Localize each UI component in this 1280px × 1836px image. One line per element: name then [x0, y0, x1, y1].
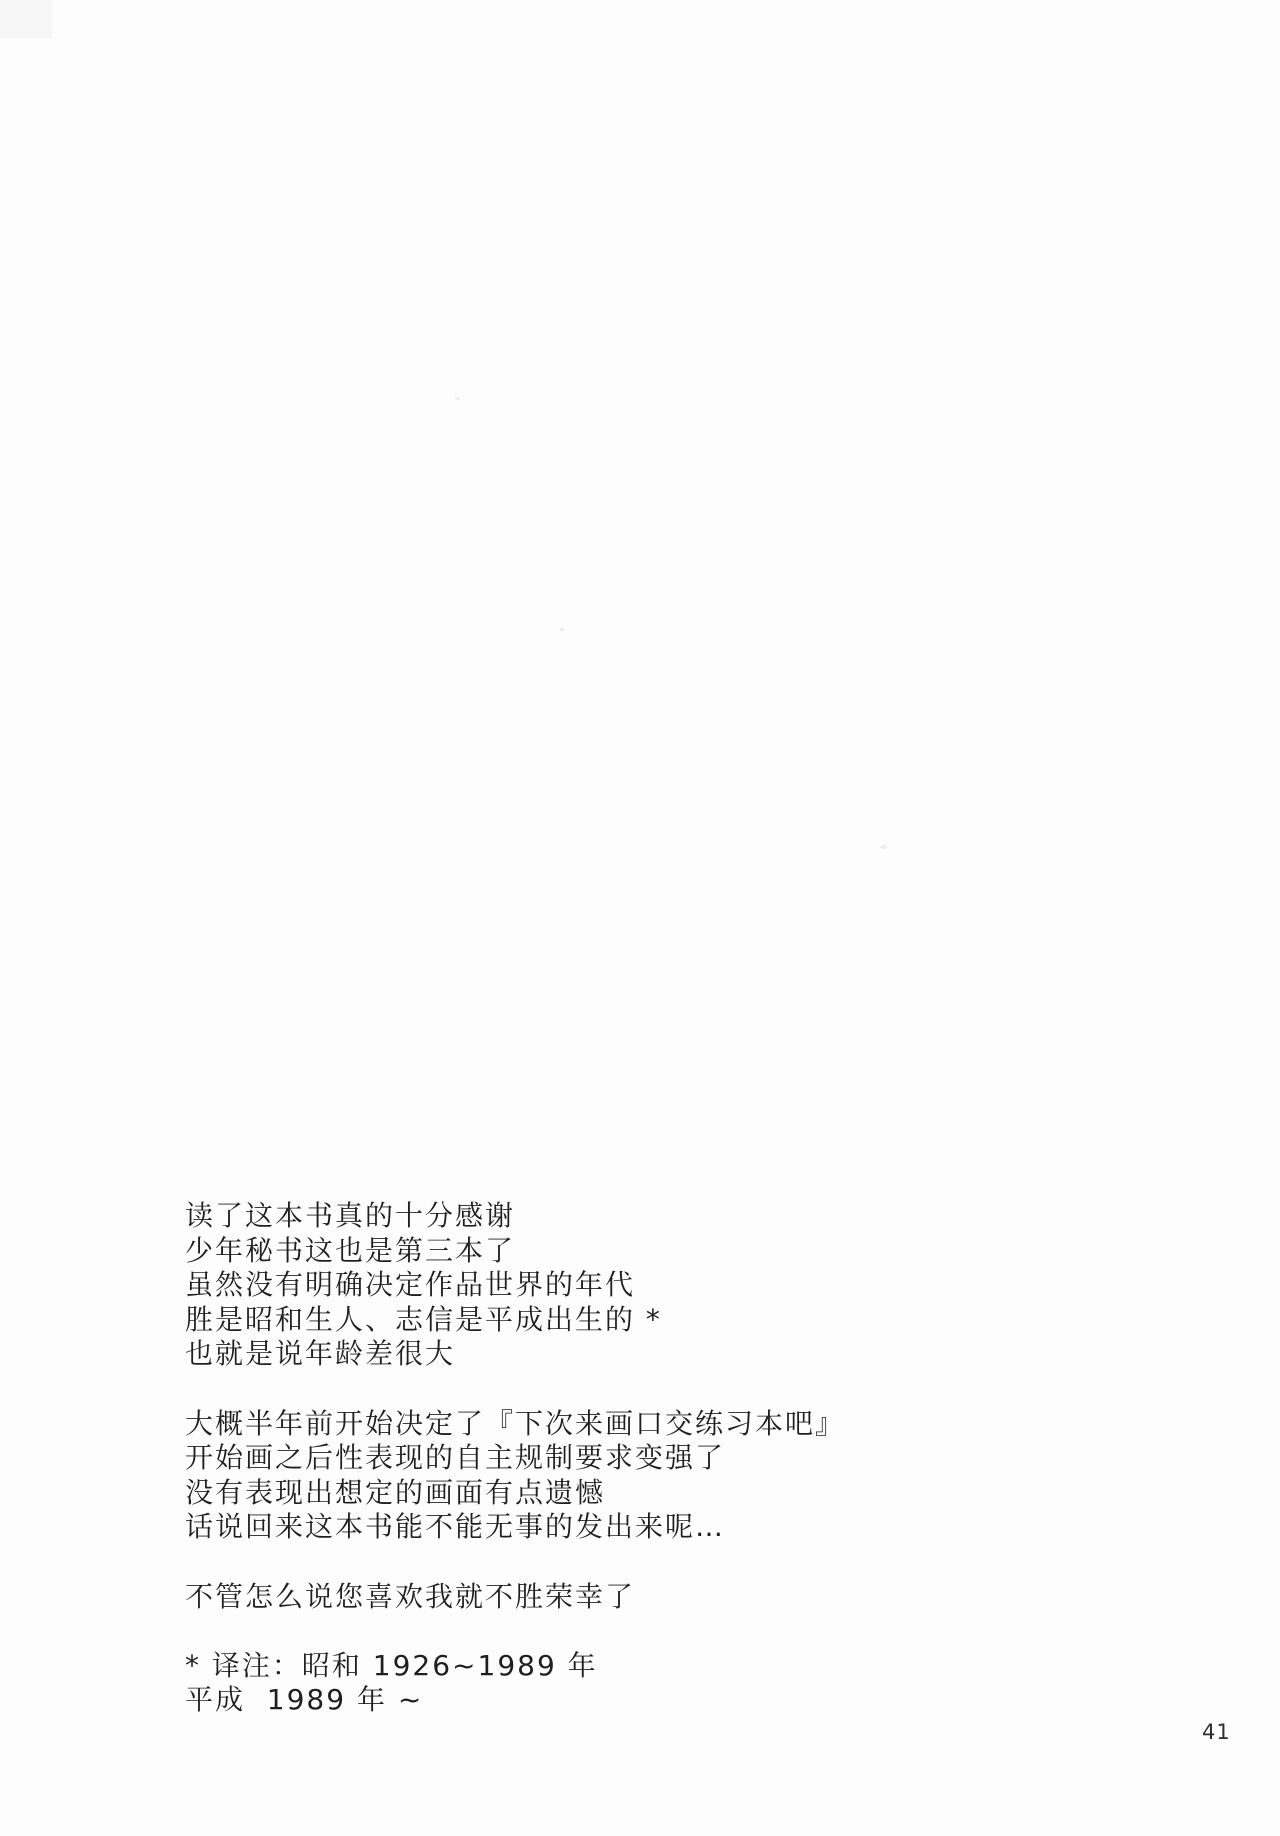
paragraph-thanks: 读了这本书真的十分感谢 少年秘书这也是第三本了 虽然没有明确决定作品世界的年代 …: [185, 1199, 845, 1372]
paragraph-production-notes: 大概半年前开始决定了『下次来画口交练习本吧』 开始画之后性表现的自主规制要求变强…: [185, 1407, 845, 1545]
paragraph-closing: 不管怎么说您喜欢我就不胜荣幸了: [185, 1580, 845, 1615]
text-line: 没有表现出想定的画面有点遗憾: [185, 1476, 845, 1511]
page-number: 41: [1202, 1720, 1231, 1744]
scan-smudge: [0, 0, 52, 38]
text-line: 虽然没有明确决定作品世界的年代: [185, 1268, 845, 1303]
text-line: 少年秘书这也是第三本了: [185, 1234, 845, 1269]
text-line: 胜是昭和生人、志信是平成出生的 *: [185, 1303, 845, 1338]
text-line: 不管怎么说您喜欢我就不胜荣幸了: [185, 1580, 845, 1615]
scanned-page: 读了这本书真的十分感谢 少年秘书这也是第三本了 虽然没有明确决定作品世界的年代 …: [0, 0, 1280, 1836]
scan-speck: [560, 628, 564, 631]
text-line: 大概半年前开始决定了『下次来画口交练习本吧』: [185, 1407, 845, 1442]
scan-speck: [880, 845, 887, 849]
text-line: * 译注：昭和 1926~1989 年: [185, 1649, 845, 1684]
text-line: 开始画之后性表现的自主规制要求变强了: [185, 1441, 845, 1476]
translator-footnote: * 译注：昭和 1926~1989 年 平成 1989 年 ~: [185, 1649, 845, 1718]
scan-speck: [455, 397, 460, 400]
text-line: 读了这本书真的十分感谢: [185, 1199, 845, 1234]
text-line: 话说回来这本书能不能无事的发出来呢…: [185, 1510, 845, 1545]
text-line: 平成 1989 年 ~: [185, 1683, 845, 1718]
afterword-text: 读了这本书真的十分感谢 少年秘书这也是第三本了 虽然没有明确决定作品世界的年代 …: [185, 1199, 845, 1718]
text-line: 也就是说年龄差很大: [185, 1337, 845, 1372]
